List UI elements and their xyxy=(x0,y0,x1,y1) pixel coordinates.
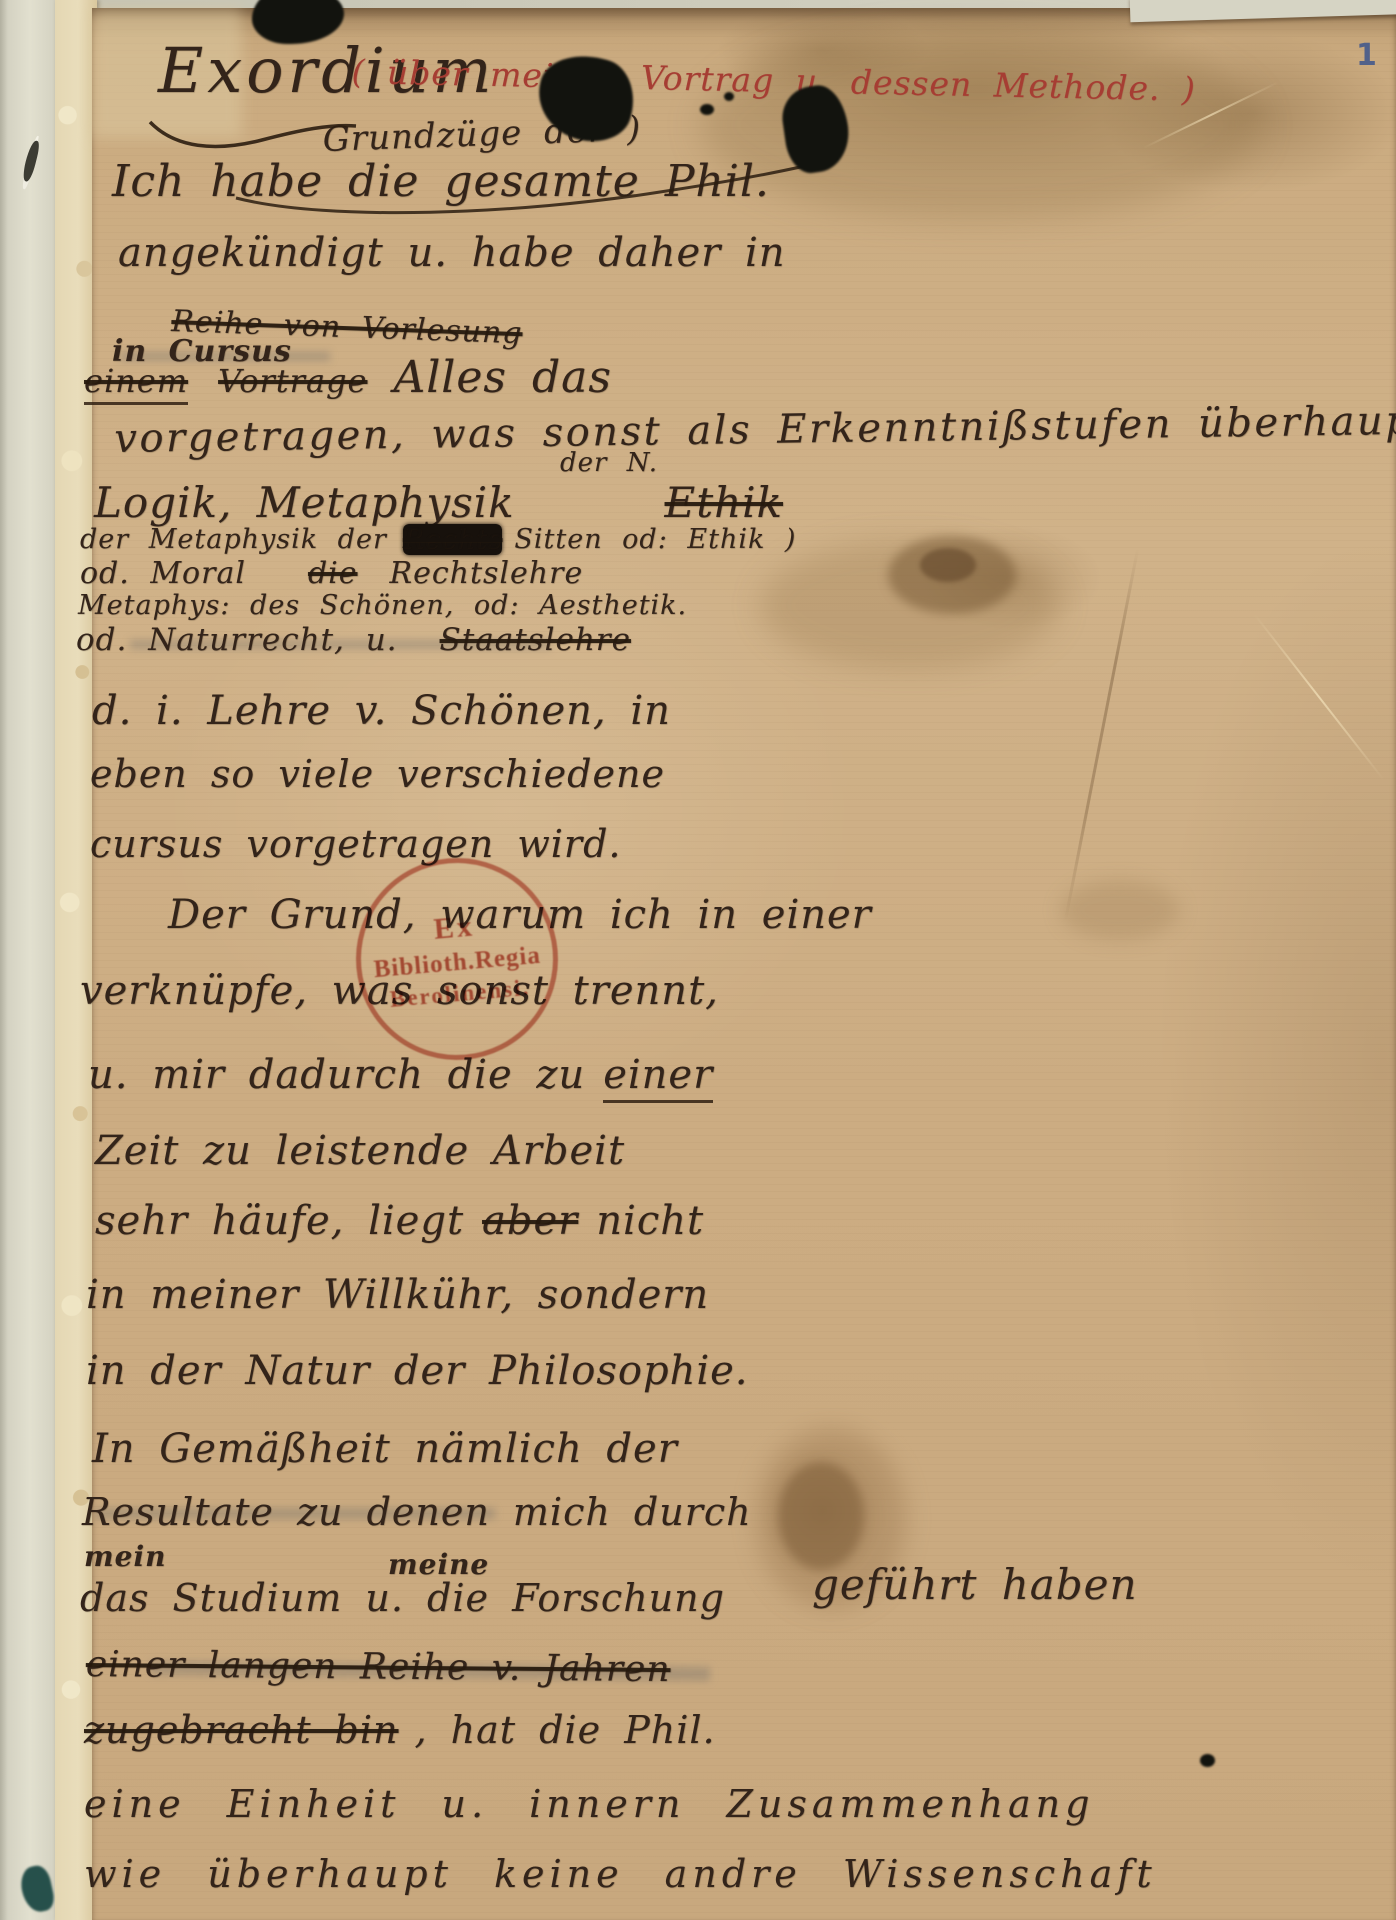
manuscript-line: d. i. Lehre v. Schönen, in xyxy=(92,688,671,734)
manuscript-line: einemVortrageAlles das xyxy=(84,352,612,403)
manuscript-line: Ich habe die gesamte Phil. xyxy=(112,156,770,207)
manuscript-line: 1 xyxy=(1356,38,1378,73)
manuscript-line: Metaphys: des Schönen, od: Aesthetik. xyxy=(78,590,687,621)
manuscript-line: cursus vorgetragen wird. xyxy=(90,822,622,866)
manuscript-line: sehr häufe, liegtabernicht xyxy=(95,1198,704,1244)
stamp-line-1: Ex xyxy=(432,909,476,946)
manuscript-line: eben so viele verschiedene xyxy=(90,752,665,796)
manuscript-line: od. MoraldieRechtslehre xyxy=(80,556,583,591)
manuscript-line: in der Natur der Philosophie. xyxy=(86,1348,749,1394)
manuscript-line: der N. xyxy=(560,448,658,478)
manuscript-line: Resultate zu denen mich durch xyxy=(82,1490,752,1534)
manuscript-line: Logik, MetaphysikEthik xyxy=(94,478,783,527)
manuscript-line: od. Naturrecht, u.Staatslehre xyxy=(76,622,631,658)
manuscript-line: Zeit zu leistende Arbeit xyxy=(95,1128,625,1174)
ink-blot xyxy=(700,104,714,115)
manuscript-page xyxy=(92,8,1396,1920)
manuscript-line: einer langen Reihe v. Jahren xyxy=(86,1644,671,1690)
manuscript-line: in meiner Willkühr, sondern xyxy=(86,1272,709,1318)
manuscript-line: eine Einheit u. innern Zusammenhang xyxy=(84,1782,1094,1826)
manuscript-line: u. mir dadurch die zueiner xyxy=(88,1052,713,1098)
manuscript-line: mein xyxy=(84,1540,166,1573)
manuscript-line: wie überhaupt keine andre Wissenschaft xyxy=(84,1852,1157,1896)
manuscript-line: In Gemäßheit nämlich der xyxy=(92,1426,678,1472)
ink-blot xyxy=(724,92,734,101)
manuscript-line: angekündigt u. habe daher in xyxy=(118,230,786,276)
manuscript-line: der Metaphysik derRechtsSitten od: Ethik… xyxy=(80,524,796,555)
ink-blot xyxy=(1200,1754,1215,1767)
manuscript-line: geführt haben xyxy=(812,1560,1138,1609)
scanned-manuscript-page: { "document": { "page_number": "1", "sta… xyxy=(0,0,1396,1920)
torn-edge-strip xyxy=(55,0,97,1920)
manuscript-line: zugebracht bin, hat die Phil. xyxy=(84,1708,716,1752)
manuscript-line: das Studium u. die Forschung xyxy=(80,1576,725,1620)
